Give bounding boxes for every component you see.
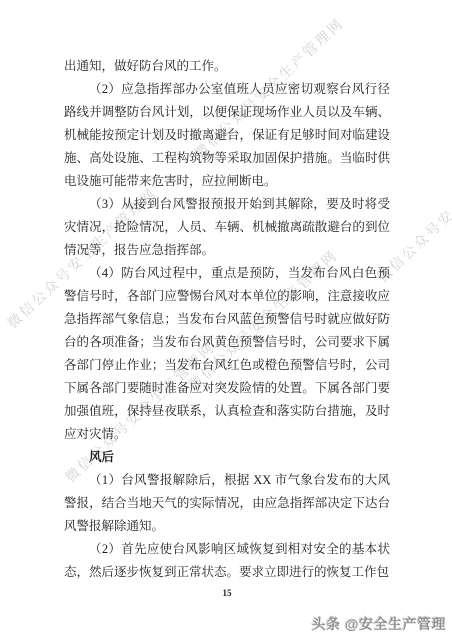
toutiao-source-watermark: 头条 @安全生产管理 (311, 614, 446, 634)
document-body: 出通知，做好防台风的工作。 （2）应急指挥部办公室值班人员应密切观察台风行径路线… (64, 55, 390, 600)
document-page: 微信公众号安全生产管理网 微信公众号安全生产管理网 微信公众号安全生产管理网 微… (0, 0, 452, 640)
body-paragraph: （2）首先应使台风影响区域恢复到相对安全的基本状态，然后逐步恢复到正常状态。要求… (64, 538, 390, 584)
page-number: 15 (64, 586, 390, 600)
body-paragraph: （2）应急指挥部办公室值班人员应密切观察台风行径路线并调整防台风计划，以便保证现… (64, 78, 390, 193)
body-paragraph: （4）防台风过程中，重点是预防，当发布台风白色预警信号时，各部门应警惕台风对本单… (64, 262, 390, 446)
body-paragraph: （1）台风警报解除后，根据 XX 市气象台发布的大风警报，结合当地天气的实际情况… (64, 469, 390, 538)
section-heading-after-typhoon: 风后 (64, 446, 390, 469)
body-paragraph: （3）从接到台风警报预报开始到其解除，要及时将受灾情况，抢险情况，人员、车辆、机… (64, 193, 390, 262)
body-paragraph: 出通知，做好防台风的工作。 (64, 55, 390, 78)
